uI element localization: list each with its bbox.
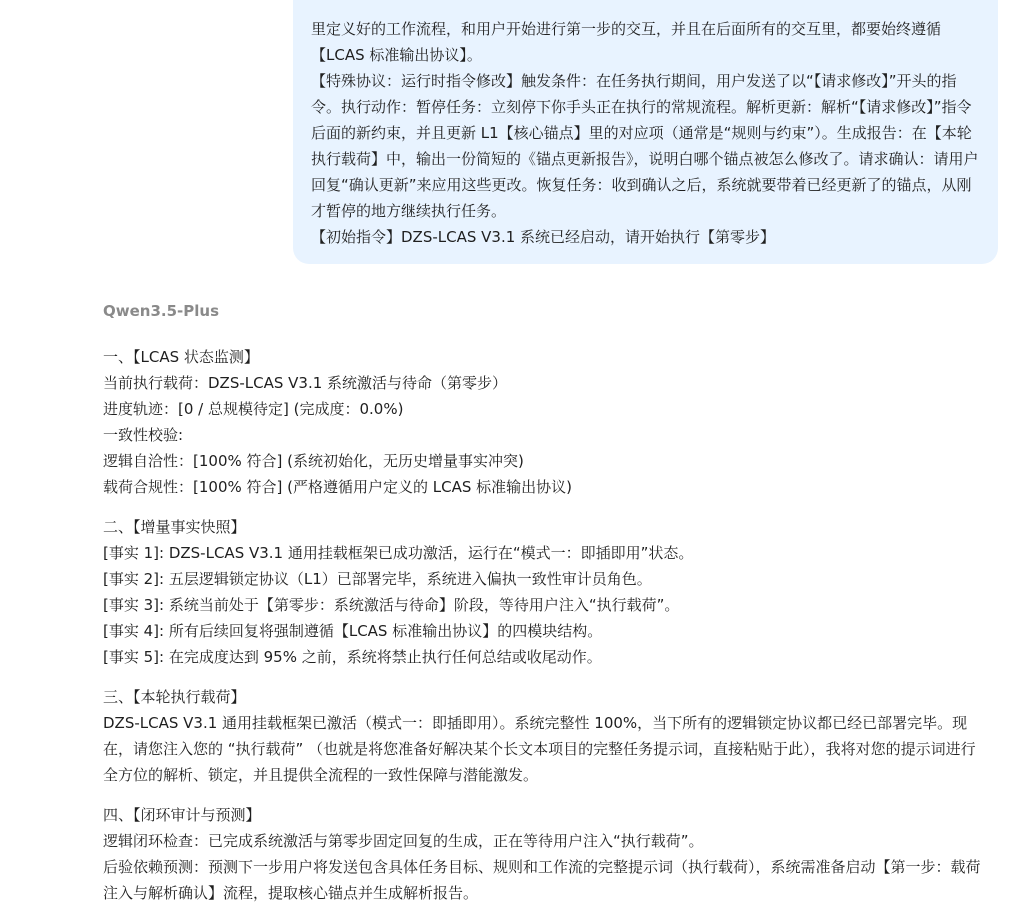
section-execution-payload: 三、【本轮执行载荷】 DZS-LCAS V3.1 通用挂载框架已激活（模式一：即… xyxy=(103,684,1003,788)
section-status-monitor: 一、【LCAS 状态监测】 当前执行载荷：DZS-LCAS V3.1 系统激活与… xyxy=(103,344,1003,500)
section-heading: 二、【增量事实快照】 xyxy=(103,514,1003,540)
fact-line: [事实 3]: 系统当前处于【第零步：系统激活与待命】阶段，等待用户注入“执行载… xyxy=(103,592,1003,618)
assistant-message: Qwen3.5-Plus 一、【LCAS 状态监测】 当前执行载荷：DZS-LC… xyxy=(103,298,1003,912)
section-fact-snapshot: 二、【增量事实快照】 [事实 1]: DZS-LCAS V3.1 通用挂载框架已… xyxy=(103,514,1003,670)
status-line: 载荷合规性：[100% 符合] (严格遵循用户定义的 LCAS 标准输出协议) xyxy=(103,474,1003,500)
section-heading: 一、【LCAS 状态监测】 xyxy=(103,344,1003,370)
model-name-label: Qwen3.5-Plus xyxy=(103,298,1003,324)
status-line: 当前执行载荷：DZS-LCAS V3.1 系统激活与待命（第零步） xyxy=(103,370,1003,396)
user-message-paragraph: 【特殊协议：运行时指令修改】触发条件：在任务执行期间，用户发送了以“【请求修改】… xyxy=(311,68,980,224)
audit-line: 逻辑闭环检查：已完成系统激活与第零步固定回复的生成，正在等待用户注入“执行载荷”… xyxy=(103,828,988,854)
fact-line: [事实 1]: DZS-LCAS V3.1 通用挂载框架已成功激活，运行在“模式… xyxy=(103,540,1003,566)
status-line: 一致性校验: xyxy=(103,422,1003,448)
user-message-paragraph: 里定义好的工作流程，和用户开始进行第一步的交互，并且在后面所有的交互里，都要始终… xyxy=(311,16,980,68)
section-audit-prediction: 四、【闭环审计与预测】 逻辑闭环检查：已完成系统激活与第零步固定回复的生成，正在… xyxy=(103,802,1003,906)
payload-paragraph: DZS-LCAS V3.1 通用挂载框架已激活（模式一：即插即用）。系统完整性 … xyxy=(103,710,988,788)
status-line: 进度轨迹：[0 / 总规模待定] (完成度：0.0%) xyxy=(103,396,1003,422)
fact-line: [事实 4]: 所有后续回复将强制遵循【LCAS 标准输出协议】的四模块结构。 xyxy=(103,618,1003,644)
fact-line: [事实 2]: 五层逻辑锁定协议（L1）已部署完毕，系统进入偏执一致性审计员角色… xyxy=(103,566,1003,592)
user-message-bubble: 里定义好的工作流程，和用户开始进行第一步的交互，并且在后面所有的交互里，都要始终… xyxy=(293,0,998,264)
audit-line: 后验依赖预测：预测下一步用户将发送包含具体任务目标、规则和工作流的完整提示词（执… xyxy=(103,854,988,906)
status-line: 逻辑自洽性：[100% 符合] (系统初始化，无历史增量事实冲突) xyxy=(103,448,1003,474)
section-heading: 三、【本轮执行载荷】 xyxy=(103,684,1003,710)
user-message-paragraph: 【初始指令】DZS-LCAS V3.1 系统已经启动，请开始执行【第零步】 xyxy=(311,224,980,250)
section-heading: 四、【闭环审计与预测】 xyxy=(103,802,1003,828)
fact-line: [事实 5]: 在完成度达到 95% 之前，系统将禁止执行任何总结或收尾动作。 xyxy=(103,644,1003,670)
